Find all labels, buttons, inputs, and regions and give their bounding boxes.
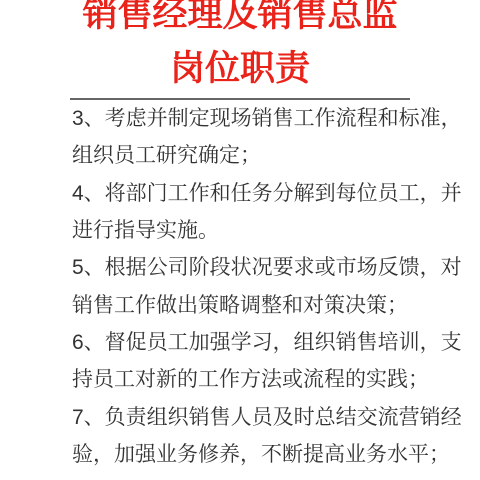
responsibilities-text: 3、考虑并制定现场销售工作流程和标准， 组织员工研究确定； 4、将部门工作和任务… [0,100,480,473]
body-line: 持员工对新的工作方法或流程的实践； [72,361,476,398]
body-line: 组织员工研究确定； [72,137,476,174]
body-line: 进行指导实施。 [72,212,476,249]
body-line: 5、根据公司阶段状况要求或市场反馈，对 [72,249,476,286]
body-line: 6、督促员工加强学习，组织销售培训，支 [72,324,476,361]
body-line: 7、负责组织销售人员及时总结交流营销经 [72,399,476,436]
document-page: 销售经理及销售总监 岗位职责 3、考虑并制定现场销售工作流程和标准， 组织员工研… [0,0,480,480]
body-line: 验，加强业务修养，不断提高业务水平； [72,436,476,473]
body-line: 销售工作做出策略调整和对策决策； [72,287,476,324]
title-line-1: 销售经理及销售总监 [0,0,480,42]
page-title: 销售经理及销售总监 岗位职责 [0,0,480,96]
body-line: 4、将部门工作和任务分解到每位员工，并 [72,175,476,212]
title-line-2: 岗位职责 [0,42,480,96]
body-line: 3、考虑并制定现场销售工作流程和标准， [72,100,476,137]
